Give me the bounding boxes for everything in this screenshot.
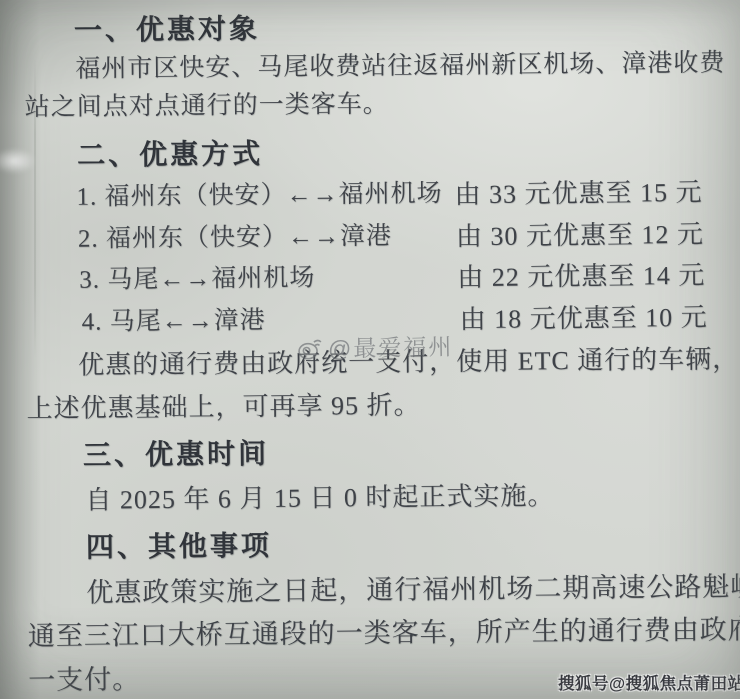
photo-vignette	[0, 0, 740, 699]
document-photo: 一、优惠对象 福州市区快安、马尾收费站往返福州新区机场、漳港收费 站之间点对点通…	[0, 0, 740, 699]
